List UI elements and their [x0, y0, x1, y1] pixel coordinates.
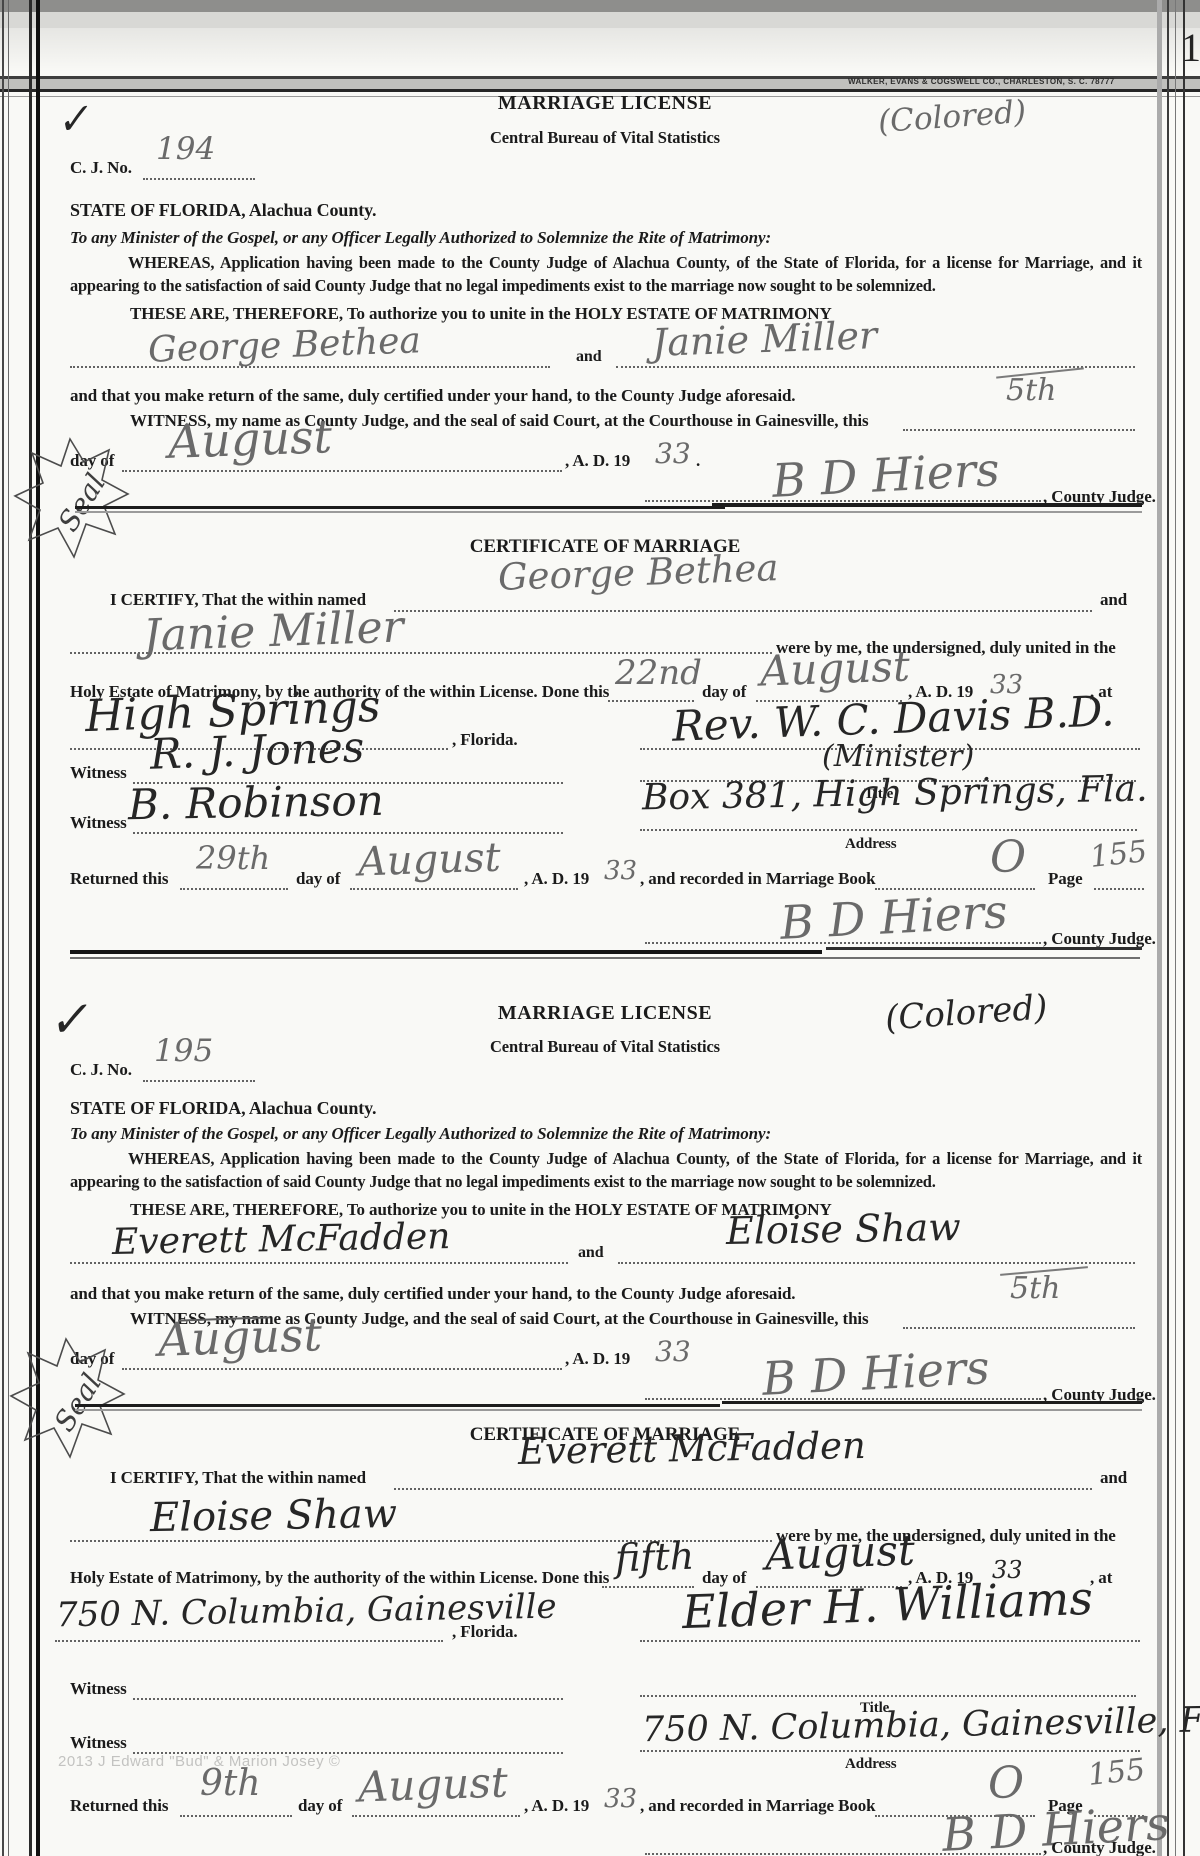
page-label: Page: [1048, 869, 1083, 889]
divider-line: [70, 957, 1140, 959]
r1-returned-month: August: [357, 838, 501, 883]
witness-day-line: [903, 1327, 1135, 1329]
salutation-line: To any Minister of the Gospel, or any Of…: [70, 228, 771, 248]
r1-license-month: August: [167, 413, 333, 465]
day-of-label: day of: [296, 869, 340, 889]
r2-returned-month: August: [357, 1761, 508, 1808]
and-label: and: [1100, 1468, 1127, 1488]
r1-cert-judge-signature: B D Hiers: [779, 888, 1009, 946]
holy-estate-label: Holy Estate of Matrimony, by the authori…: [70, 1568, 609, 1588]
cj-no-line: [143, 178, 255, 180]
r1-book-page-value: 155: [1089, 837, 1149, 873]
day-of-line: [122, 1368, 562, 1370]
divider-line: [75, 506, 725, 509]
witness-label: Witness: [70, 813, 127, 833]
right-border-line-1: [1157, 0, 1162, 1856]
r1-bride-name: Janie Miller: [651, 316, 877, 362]
address-label: Address: [845, 836, 897, 853]
r2-done-day: fifth: [614, 1537, 694, 1578]
r2-license-year: 33: [655, 1338, 691, 1366]
witness-label: Witness: [70, 1733, 127, 1753]
state-county-line: STATE OF FLORIDA, Alachua County.: [70, 200, 376, 221]
r2-cj-no-value: 195: [154, 1036, 213, 1067]
whereas-paragraph: WHEREAS, Application having been made to…: [70, 252, 1142, 297]
period-label: .: [696, 451, 700, 471]
divider-line: [722, 1401, 1142, 1404]
and-label: and: [578, 1244, 604, 1262]
left-border-line-4: [36, 0, 40, 1856]
r2-groom-name: Everett McFadden: [112, 1219, 451, 1261]
r1-judge-signature: B D Hiers: [771, 446, 1001, 504]
names-line-left: [70, 366, 550, 368]
r2-cert-bride-name: Eloise Shaw: [150, 1494, 398, 1538]
r1-cert-groom-name: George Bethea: [497, 549, 779, 596]
returned-month-line: [352, 1815, 520, 1817]
address-line: [640, 829, 1137, 831]
r2-cert-groom-name: Everett McFadden: [518, 1427, 866, 1470]
return-line: and that you make return of the same, du…: [70, 1284, 795, 1304]
r1-groom-name: George Bethea: [147, 323, 421, 369]
whereas-paragraph: WHEREAS, Application having been made to…: [70, 1148, 1142, 1193]
return-line: and that you make return of the same, du…: [70, 386, 795, 406]
colored-annotation: (Colored): [884, 990, 1048, 1035]
r1-returned-day: 29th: [196, 842, 270, 874]
r1-returned-year: 33: [604, 858, 637, 884]
r2-license-month: August: [157, 1311, 323, 1363]
ad19-label: , A. D. 19: [565, 1349, 630, 1369]
scan-top-shade: [0, 12, 1200, 28]
witness-day-line: [903, 429, 1135, 431]
place-line: [55, 1640, 443, 1642]
r2-officiant-address: 750 N. Columbia, Gainesville, Fla.: [642, 1703, 1200, 1749]
and-label: and: [576, 348, 602, 366]
left-border-line-1: [2, 0, 4, 1856]
cert-groom-line: [394, 1488, 1092, 1490]
county-judge-label: , County Judge.: [1043, 1838, 1156, 1856]
divider-line: [826, 947, 1142, 950]
address-line: [640, 1750, 1140, 1752]
witness1-line: [133, 1698, 563, 1700]
witness-label: Witness: [70, 1679, 127, 1699]
r1-cj-no-value: 194: [156, 134, 215, 165]
returned-this-label: Returned this: [70, 869, 168, 889]
recorded-label: , and recorded in Marriage Book: [640, 869, 876, 889]
r1-done-month: August: [759, 645, 910, 692]
divider-line: [70, 950, 822, 954]
address-label: Address: [845, 1756, 897, 1773]
divider-line: [712, 503, 1142, 507]
r1-officiant-title: (Minister): [822, 742, 974, 772]
returned-this-label: Returned this: [70, 1796, 168, 1816]
divider-line: [75, 1409, 1142, 1411]
r1-witness1-name: R. J. Jones: [149, 726, 365, 775]
r2-officiant-name: Elder H. Williams: [681, 1575, 1093, 1635]
day-of-label: day of: [298, 1796, 342, 1816]
printer-mark: WALKER, EVANS & COGSWELL CO., CHARLESTON…: [848, 77, 1115, 86]
ad19-label: , A. D. 19: [524, 869, 589, 889]
cj-no-label: C. J. No.: [70, 158, 132, 178]
florida-label: , Florida.: [452, 1622, 518, 1642]
divider-line: [75, 1404, 720, 1407]
day-of-line: [122, 470, 562, 472]
page-number: 15: [1181, 24, 1200, 71]
scan-top-edge: [0, 0, 1200, 12]
state-county-line: STATE OF FLORIDA, Alachua County.: [70, 1098, 376, 1119]
left-border-line-3: [29, 0, 32, 1856]
r1-done-day: 22nd: [615, 656, 702, 690]
ad19-label: , A. D. 19: [565, 451, 630, 471]
divider-line: [75, 511, 1142, 513]
recorded-label: , and recorded in Marriage Book: [640, 1796, 876, 1816]
names-line-right: [616, 366, 1135, 368]
cert-groom-line: [394, 610, 1092, 612]
r2-book-page-value: 155: [1087, 1755, 1147, 1791]
r2-book-value: O: [988, 1762, 1024, 1806]
cj-no-line: [143, 1080, 255, 1082]
r1-witness-day: 5th: [1006, 376, 1056, 406]
r2-witness-day: 5th: [1010, 1274, 1060, 1304]
r1-license-year: 33: [655, 440, 691, 468]
scanned-page: WALKER, EVANS & COGSWELL CO., CHARLESTON…: [0, 0, 1200, 1856]
r1-book-value: O: [990, 836, 1026, 880]
right-border-line-4: [1183, 0, 1185, 1856]
title-line: [640, 1695, 1136, 1697]
r1-witness2-name: B. Robinson: [128, 780, 384, 826]
returned-day-line: [180, 888, 288, 890]
and-label: and: [1100, 590, 1127, 610]
r2-bride-name: Eloise Shaw: [726, 1208, 961, 1250]
left-border-line-2: [8, 0, 9, 1856]
r1-cert-bride-name: Janie Miller: [142, 605, 404, 658]
returned-day-line: [180, 1815, 292, 1817]
r2-returned-year: 33: [604, 1786, 637, 1812]
done-day-line: [602, 1586, 694, 1588]
returned-month-line: [350, 888, 518, 890]
r2-judge-signature: B D Hiers: [761, 1344, 991, 1402]
ad19-label: , A. D. 19: [524, 1796, 589, 1816]
r2-done-month: August: [764, 1529, 915, 1576]
witness-label: Witness: [70, 763, 127, 783]
florida-label: , Florida.: [452, 730, 518, 750]
scan-top-fade: [0, 28, 1200, 72]
r1-officiant-address: Box 381, High Springs, Fla.: [642, 772, 1148, 817]
i-certify-label: I CERTIFY, That the within named: [110, 1468, 366, 1488]
at-label: , at: [1090, 1568, 1112, 1588]
salutation-line: To any Minister of the Gospel, or any Of…: [70, 1124, 771, 1144]
names-line-right: [618, 1262, 1135, 1264]
right-border-line-3: [1175, 0, 1176, 1856]
right-border-line-2: [1167, 0, 1169, 1856]
book-page-line: [1094, 888, 1144, 890]
cj-no-label: C. J. No.: [70, 1060, 132, 1080]
officiant-line: [640, 1640, 1140, 1642]
r2-returned-day: 9th: [200, 1766, 261, 1802]
county-judge-label: , County Judge.: [1043, 929, 1156, 949]
